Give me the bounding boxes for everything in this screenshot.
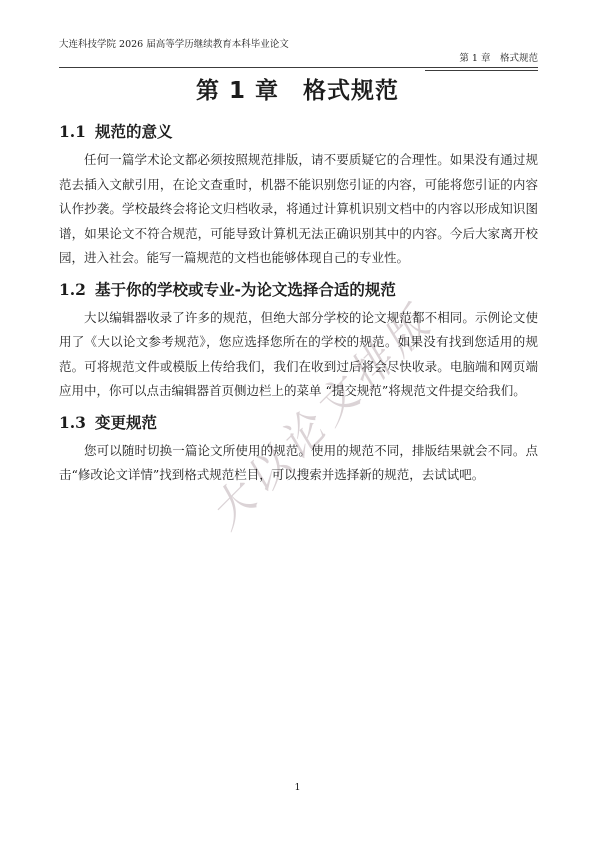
section-number: 1.2 [59,280,86,299]
section-heading-1-2: 1.2基于你的学校或专业-为论文选择合适的规范 [59,280,538,300]
document-page: 大以论文排版 大连科技学院 2026 届高等学历继续教育本科毕业论文 第 1 章… [0,0,595,842]
section-number: 1.1 [59,122,86,141]
header-rule [59,67,538,68]
section-title: 基于你的学校或专业-为论文选择合适的规范 [95,281,396,299]
chapter-title: 第 1 章 格式规范 [0,74,595,108]
paragraph: 您可以随时切换一篇论文所使用的规范。使用的规范不同，排版结果就会不同。点击“修改… [59,439,538,488]
section-title: 变更规范 [95,414,157,432]
page-number: 1 [0,782,595,793]
header-rule-right-underline [425,70,538,71]
paragraph: 任何一篇学术论文都必须按照规范排版，请不要质疑它的合理性。如果没有通过规范去插入… [59,148,538,271]
header-chapter-mark: 第 1 章 格式规范 [459,53,538,65]
section-number: 1.3 [59,413,86,432]
section-heading-1-3: 1.3变更规范 [59,413,538,433]
paragraph: 大以编辑器收录了许多的规范，但绝大部分学校的论文规范都不相同。示例论文使用了《大… [59,306,538,404]
section-heading-1-1: 1.1规范的意义 [59,122,538,142]
header-thesis-title: 大连科技学院 2026 届高等学历继续教育本科毕业论文 [59,39,289,51]
document-body: 1.1规范的意义 任何一篇学术论文都必须按照规范排版，请不要质疑它的合理性。如果… [59,122,538,494]
section-title: 规范的意义 [95,123,173,141]
